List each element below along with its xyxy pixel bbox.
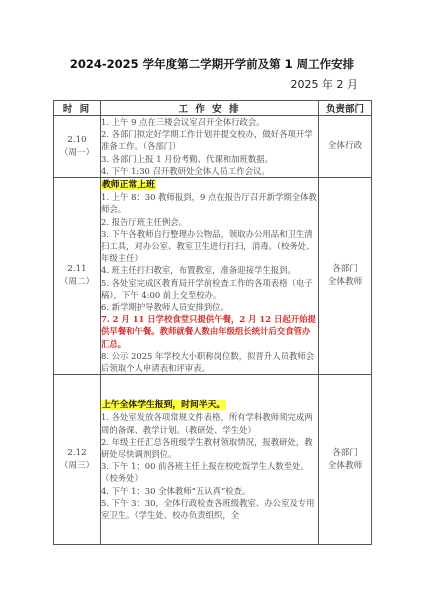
work-item: 3. 下午各教师自行整理办公物品，领取办公用品和卫生清扫工具，对办公室、教室卫生… (101, 228, 318, 265)
work-item: 1. 各处室发放各项常规文件表格，所有学科教师须完成两周的备课、教学计划。（教研… (101, 411, 318, 435)
document-title: 2024-2025 学年度第二学期开学前及第 1 周工作安排 (0, 56, 424, 72)
table-row: 2.10 （周一） 1. 上午 9 点在三楼会议室召开全体行政会。 2. 各部门… (54, 116, 372, 178)
work-item: 4. 下午 1:30 召开教研处全体人员工作会议。 (101, 165, 318, 177)
header-time: 时 间 (54, 101, 101, 116)
dept-cell: 全体行政 (319, 116, 372, 178)
table-header-row: 时 间 工 作 安 排 负责部门 (54, 101, 372, 116)
highlight-notice: 上午全体学生报到，时间半天。 (101, 400, 226, 410)
time-cell: 2.11 （周二） (54, 178, 101, 375)
work-item: 3. 各部门上报 1 月份考勤、代课和加班数据。 (101, 153, 318, 165)
time-cell: 2.10 （周一） (54, 116, 101, 178)
work-item: 5. 下午 3：30，全体行政检查各班级教室、办公室及专用室卫生。（学生处、校办… (101, 497, 318, 521)
time-cell: 2.12 （周三） (54, 375, 101, 545)
highlight-notice: 教师正常上班 (101, 180, 156, 190)
work-cell: 1. 上午 9 点在三楼会议室召开全体行政会。 2. 各部门拟定好学期工作计划并… (101, 116, 319, 178)
dept-cell: 各部门 全体教师 (319, 375, 372, 545)
work-item: 1. 上午 9 点在三楼会议室召开全体行政会。 (101, 116, 318, 128)
work-item: 1. 上午 8：30 教师报到，9 点在报告厅召开新学期全体教师会。 (101, 191, 318, 215)
dept-name: 全体行政 (319, 140, 371, 153)
work-item: 3. 下午 1：00 前各班主任上报在校吃饭学生人数至处。（校务处） (101, 460, 318, 484)
row-date: 2.10 (54, 134, 100, 147)
document-date: 2025 年 2 月 (291, 76, 358, 92)
dept-cell: 各部门 全体教师 (319, 178, 372, 375)
header-work: 工 作 安 排 (101, 101, 319, 116)
header-dept: 负责部门 (319, 101, 372, 116)
work-item: 4. 班主任打扫教室，布置教室，准备迎接学生报到。 (101, 264, 318, 276)
work-item: 2. 各部门拟定好学期工作计划并提交校办，做好各项开学准备工作。（各部门） (101, 128, 318, 152)
row-weekday: （周一） (54, 147, 100, 160)
work-item: 8. 公示 2025 年学校大小职称岗位数，拟晋升人员教师会后领取个人申请表和评… (101, 350, 318, 374)
table-row: 2.11 （周二） 教师正常上班 1. 上午 8：30 教师报到，9 点在报告厅… (54, 178, 372, 375)
dept-name: 全体教师 (319, 276, 371, 289)
dept-name: 各部门 (319, 447, 371, 460)
work-item: 6. 新学期护导教师人员安排到位。 (101, 301, 318, 313)
work-cell: 教师正常上班 1. 上午 8：30 教师报到，9 点在报告厅召开新学期全体教师会… (101, 178, 319, 375)
row-weekday: （周三） (54, 460, 100, 473)
work-item: 2. 年级主任汇总各班级学生教材领取情况，报教研处，教研处尽快调剂到位。 (101, 436, 318, 460)
work-item-red-emphasis: 7. 2 月 11 日学校食堂只提供午餐，2 月 12 日起开始提供早餐和午餐。… (101, 313, 318, 350)
row-date: 2.11 (54, 263, 100, 276)
dept-name: 全体教师 (319, 460, 371, 473)
work-cell: 上午全体学生报到，时间半天。 1. 各处室发放各项常规文件表格，所有学科教师须完… (101, 375, 319, 545)
schedule-table: 时 间 工 作 安 排 负责部门 2.10 （周一） 1. 上午 9 点在三楼会… (53, 100, 372, 545)
dept-name: 各部门 (319, 263, 371, 276)
work-item: 4. 下午 1：30 全体教师“五认真”检查。 (101, 485, 318, 497)
work-item: 2. 报告厅班主任例会。 (101, 216, 318, 228)
row-weekday: （周二） (54, 276, 100, 289)
row-date: 2.12 (54, 447, 100, 460)
work-item: 5. 各处室完成区教育局开学前检查工作的各项表格（电子稿），下午 4:00 前上… (101, 277, 318, 301)
table-row: 2.12 （周三） 上午全体学生报到，时间半天。 1. 各处室发放各项常规文件表… (54, 375, 372, 545)
